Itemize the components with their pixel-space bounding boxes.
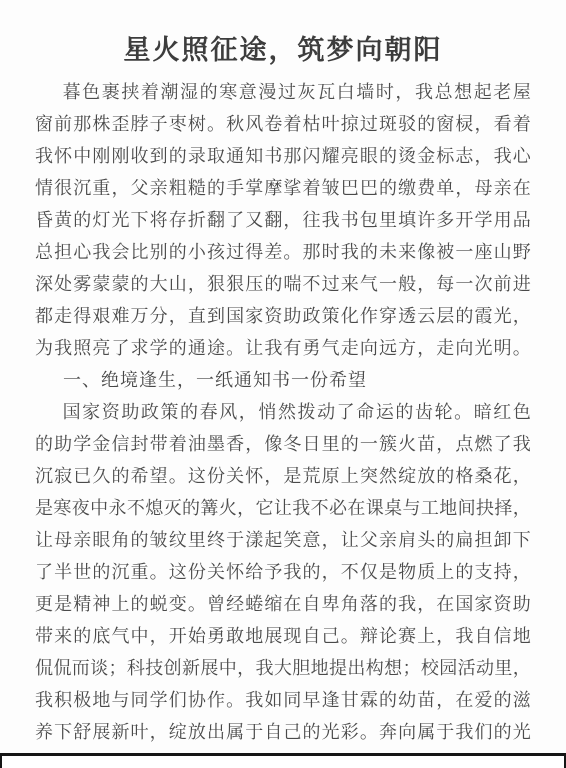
text-line: 养下舒展新叶，绽放出属于自己的光彩。奔向属于我们的光 bbox=[35, 716, 531, 748]
text-line: 我怀中刚刚收到的录取通知书那闪耀亮眼的烫金标志，我心 bbox=[35, 140, 531, 172]
text-line: 昏黄的灯光下将存折翻了又翻，往我书包里填许多开学用品 bbox=[35, 204, 531, 236]
text-line: 都走得艰难万分，直到国家资助政策化作穿透云层的霞光， bbox=[35, 300, 531, 332]
next-page-edge bbox=[0, 753, 566, 768]
text-line: 了半世的沉重。这份关怀给予我的，不仅是物质上的支持， bbox=[35, 556, 531, 588]
text-line: 的助学金信封带着油墨香，像冬日里的一簇火苗，点燃了我 bbox=[35, 428, 531, 460]
document-title: 星火照征途，筑梦向朝阳 bbox=[0, 28, 566, 67]
text-line: 带来的底气中，开始勇敢地展现自己。辩论赛上，我自信地 bbox=[35, 620, 531, 652]
first-line-indent bbox=[35, 396, 61, 428]
text-line: 沉寂已久的希望。这份关怀，是荒原上突然绽放的格桑花， bbox=[35, 460, 531, 492]
text-line: 情很沉重，父亲粗糙的手掌摩挲着皱巴巴的缴费单，母亲在 bbox=[35, 172, 531, 204]
document-body: 暮色裹挟着潮湿的寒意漫过灰瓦白墙时，我总想起老屋窗前那株歪脖子枣树。秋风卷着枯叶… bbox=[35, 76, 531, 748]
text-line: 深处雾蒙蒙的大山，狠狠压的喘不过来气一般，每一次前进 bbox=[35, 268, 531, 300]
text-line: 窗前那株歪脖子枣树。秋风卷着枯叶掠过斑驳的窗棂，看着 bbox=[35, 108, 531, 140]
text-line: 更是精神上的蜕变。曾经蜷缩在自卑角落的我，在国家资助 bbox=[35, 588, 531, 620]
text-line: 为我照亮了求学的通途。让我有勇气走向远方，走向光明。 bbox=[35, 332, 531, 364]
text-line: 让母亲眼角的皱纹里终于漾起笑意，让父亲肩头的扁担卸下 bbox=[35, 524, 531, 556]
text-line: 暮色裹挟着潮湿的寒意漫过灰瓦白墙时，我总想起老屋 bbox=[35, 76, 531, 108]
text-line: 侃侃而谈；科技创新展中，我大胆地提出构想；校园活动里， bbox=[35, 652, 531, 684]
text-line: 我积极地与同学们协作。我如同早逢甘霖的幼苗，在爱的滋 bbox=[35, 684, 531, 716]
text-line: 总担心我会比别的小孩过得差。那时我的未来像被一座山野 bbox=[35, 236, 531, 268]
text-line: 是寒夜中永不熄灭的篝火，它让我不必在课桌与工地间抉择， bbox=[35, 492, 531, 524]
first-line-indent bbox=[35, 76, 61, 108]
text-line: 国家资助政策的春风，悄然拨动了命运的齿轮。暗红色 bbox=[35, 396, 531, 428]
section-heading: 一、绝境逢生，一纸通知书一份希望 bbox=[35, 364, 531, 396]
